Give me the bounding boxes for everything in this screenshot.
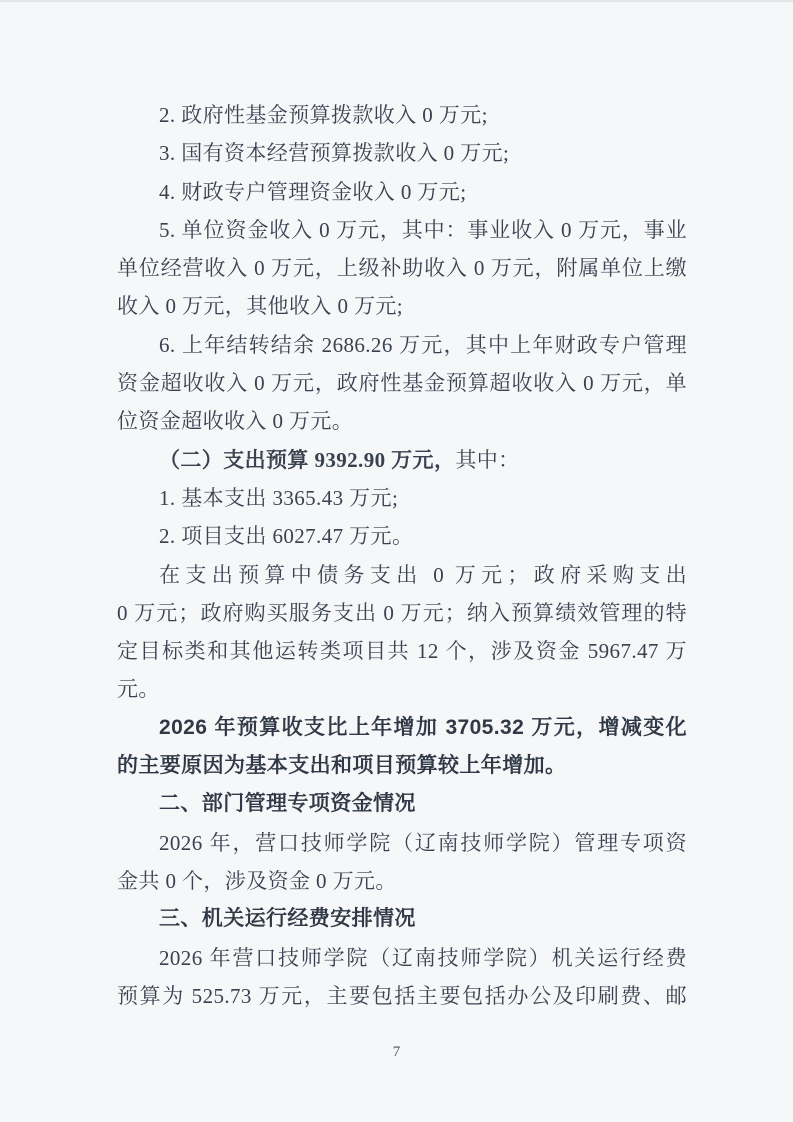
text-segment: 0 万元；政府购买服务支出 0 万元；纳入预算绩效管理的特 [117, 601, 687, 625]
text-segment: 二、部门管理专项资金情况 [159, 792, 416, 815]
text-line: 收入 0 万元，其他收入 0 万元; [117, 287, 687, 325]
text-line: 2026 年，营口技师学院（辽南技师学院）管理专项资 [117, 824, 687, 862]
text-segment: 2026 年，营口技师学院（辽南技师学院）管理专项资 [159, 831, 687, 855]
text-line: 4. 财政专户管理资金收入 0 万元; [117, 173, 687, 211]
text-segment: 3. 国有资本经营预算拨款收入 0 万元; [159, 141, 509, 165]
text-line: 资金超收收入 0 万元，政府性基金预算超收收入 0 万元，单 [117, 364, 687, 402]
text-line: 2026 年营口技师学院（辽南技师学院）机关运行经费 [117, 939, 687, 977]
text-segment: 金共 0 个，涉及资金 0 万元。 [117, 869, 397, 893]
text-segment: 2026 年营口技师学院（辽南技师学院）机关运行经费 [159, 946, 687, 970]
text-segment: 5. 单位资金收入 0 万元，其中：事业收入 0 万元，事业 [159, 218, 687, 242]
text-line: 6. 上年结转结余 2686.26 万元，其中上年财政专户管理 [117, 326, 687, 364]
bold-text: （二）支出预算 9392.90 万元， [159, 448, 455, 472]
text-line: 的主要原因为基本支出和项目预算较上年增加。 [117, 747, 687, 785]
text-segment: 三、机关运行经费安排情况 [159, 907, 416, 930]
text-line: 5. 单位资金收入 0 万元，其中：事业收入 0 万元，事业 [117, 211, 687, 249]
text-line: 单位经营收入 0 万元，上级补助收入 0 万元，附属单位上缴 [117, 249, 687, 287]
text-segment: 4. 财政专户管理资金收入 0 万元; [159, 180, 466, 204]
text-line: 0 万元；政府购买服务支出 0 万元；纳入预算绩效管理的特 [117, 594, 687, 632]
text-line: 2026 年预算收支比上年增加 3705.32 万元，增减变化 [117, 709, 687, 747]
text-segment: 1. 基本支出 3365.43 万元; [159, 486, 398, 510]
text-segment: 2. 项目支出 6027.47 万元。 [159, 524, 413, 548]
text-segment: 预算为 525.73 万元，主要包括主要包括办公及印刷费、邮 [117, 984, 687, 1008]
text-segment: 2026 年预算收支比上年增加 3705.32 万元，增减变化 [159, 716, 687, 739]
text-segment: 在支出预算中债务支出 0 万元；政府采购支出 [159, 563, 687, 587]
text-line: 金共 0 个，涉及资金 0 万元。 [117, 862, 687, 900]
text-line: 1. 基本支出 3365.43 万元; [117, 479, 687, 517]
text-segment: 收入 0 万元，其他收入 0 万元; [117, 294, 403, 318]
page-number: 7 [0, 1042, 793, 1062]
text-segment: 位资金超收收入 0 万元。 [117, 409, 353, 433]
text-line: 位资金超收收入 0 万元。 [117, 402, 687, 440]
text-line: 二、部门管理专项资金情况 [117, 785, 687, 823]
text-segment: 元。 [117, 677, 160, 701]
text-line: 2. 政府性基金预算拨款收入 0 万元; [117, 96, 687, 134]
text-line: 3. 国有资本经营预算拨款收入 0 万元; [117, 134, 687, 172]
document-page: 2. 政府性基金预算拨款收入 0 万元;3. 国有资本经营预算拨款收入 0 万元… [0, 0, 793, 1122]
text-line: 2. 项目支出 6027.47 万元。 [117, 517, 687, 555]
text-line: 元。 [117, 670, 687, 708]
text-segment: 2. 政府性基金预算拨款收入 0 万元; [159, 103, 488, 127]
text-line: 预算为 525.73 万元，主要包括主要包括办公及印刷费、邮 [117, 977, 687, 1015]
text-segment: 的主要原因为基本支出和项目预算较上年增加。 [117, 754, 566, 777]
text-segment: 资金超收收入 0 万元，政府性基金预算超收收入 0 万元，单 [117, 371, 687, 395]
text-line: （二）支出预算 9392.90 万元，其中： [117, 441, 687, 479]
text-line: 三、机关运行经费安排情况 [117, 900, 687, 938]
document-body: 2. 政府性基金预算拨款收入 0 万元;3. 国有资本经营预算拨款收入 0 万元… [117, 96, 687, 1015]
text-segment: 6. 上年结转结余 2686.26 万元，其中上年财政专户管理 [159, 333, 687, 357]
text-line: 定目标类和其他运转类项目共 12 个，涉及资金 5967.47 万 [117, 632, 687, 670]
text-segment: 其中： [455, 448, 519, 472]
text-segment: 单位经营收入 0 万元，上级补助收入 0 万元，附属单位上缴 [117, 256, 687, 280]
text-segment: 定目标类和其他运转类项目共 12 个，涉及资金 5967.47 万 [117, 639, 687, 663]
text-line: 在支出预算中债务支出 0 万元；政府采购支出 [117, 556, 687, 594]
